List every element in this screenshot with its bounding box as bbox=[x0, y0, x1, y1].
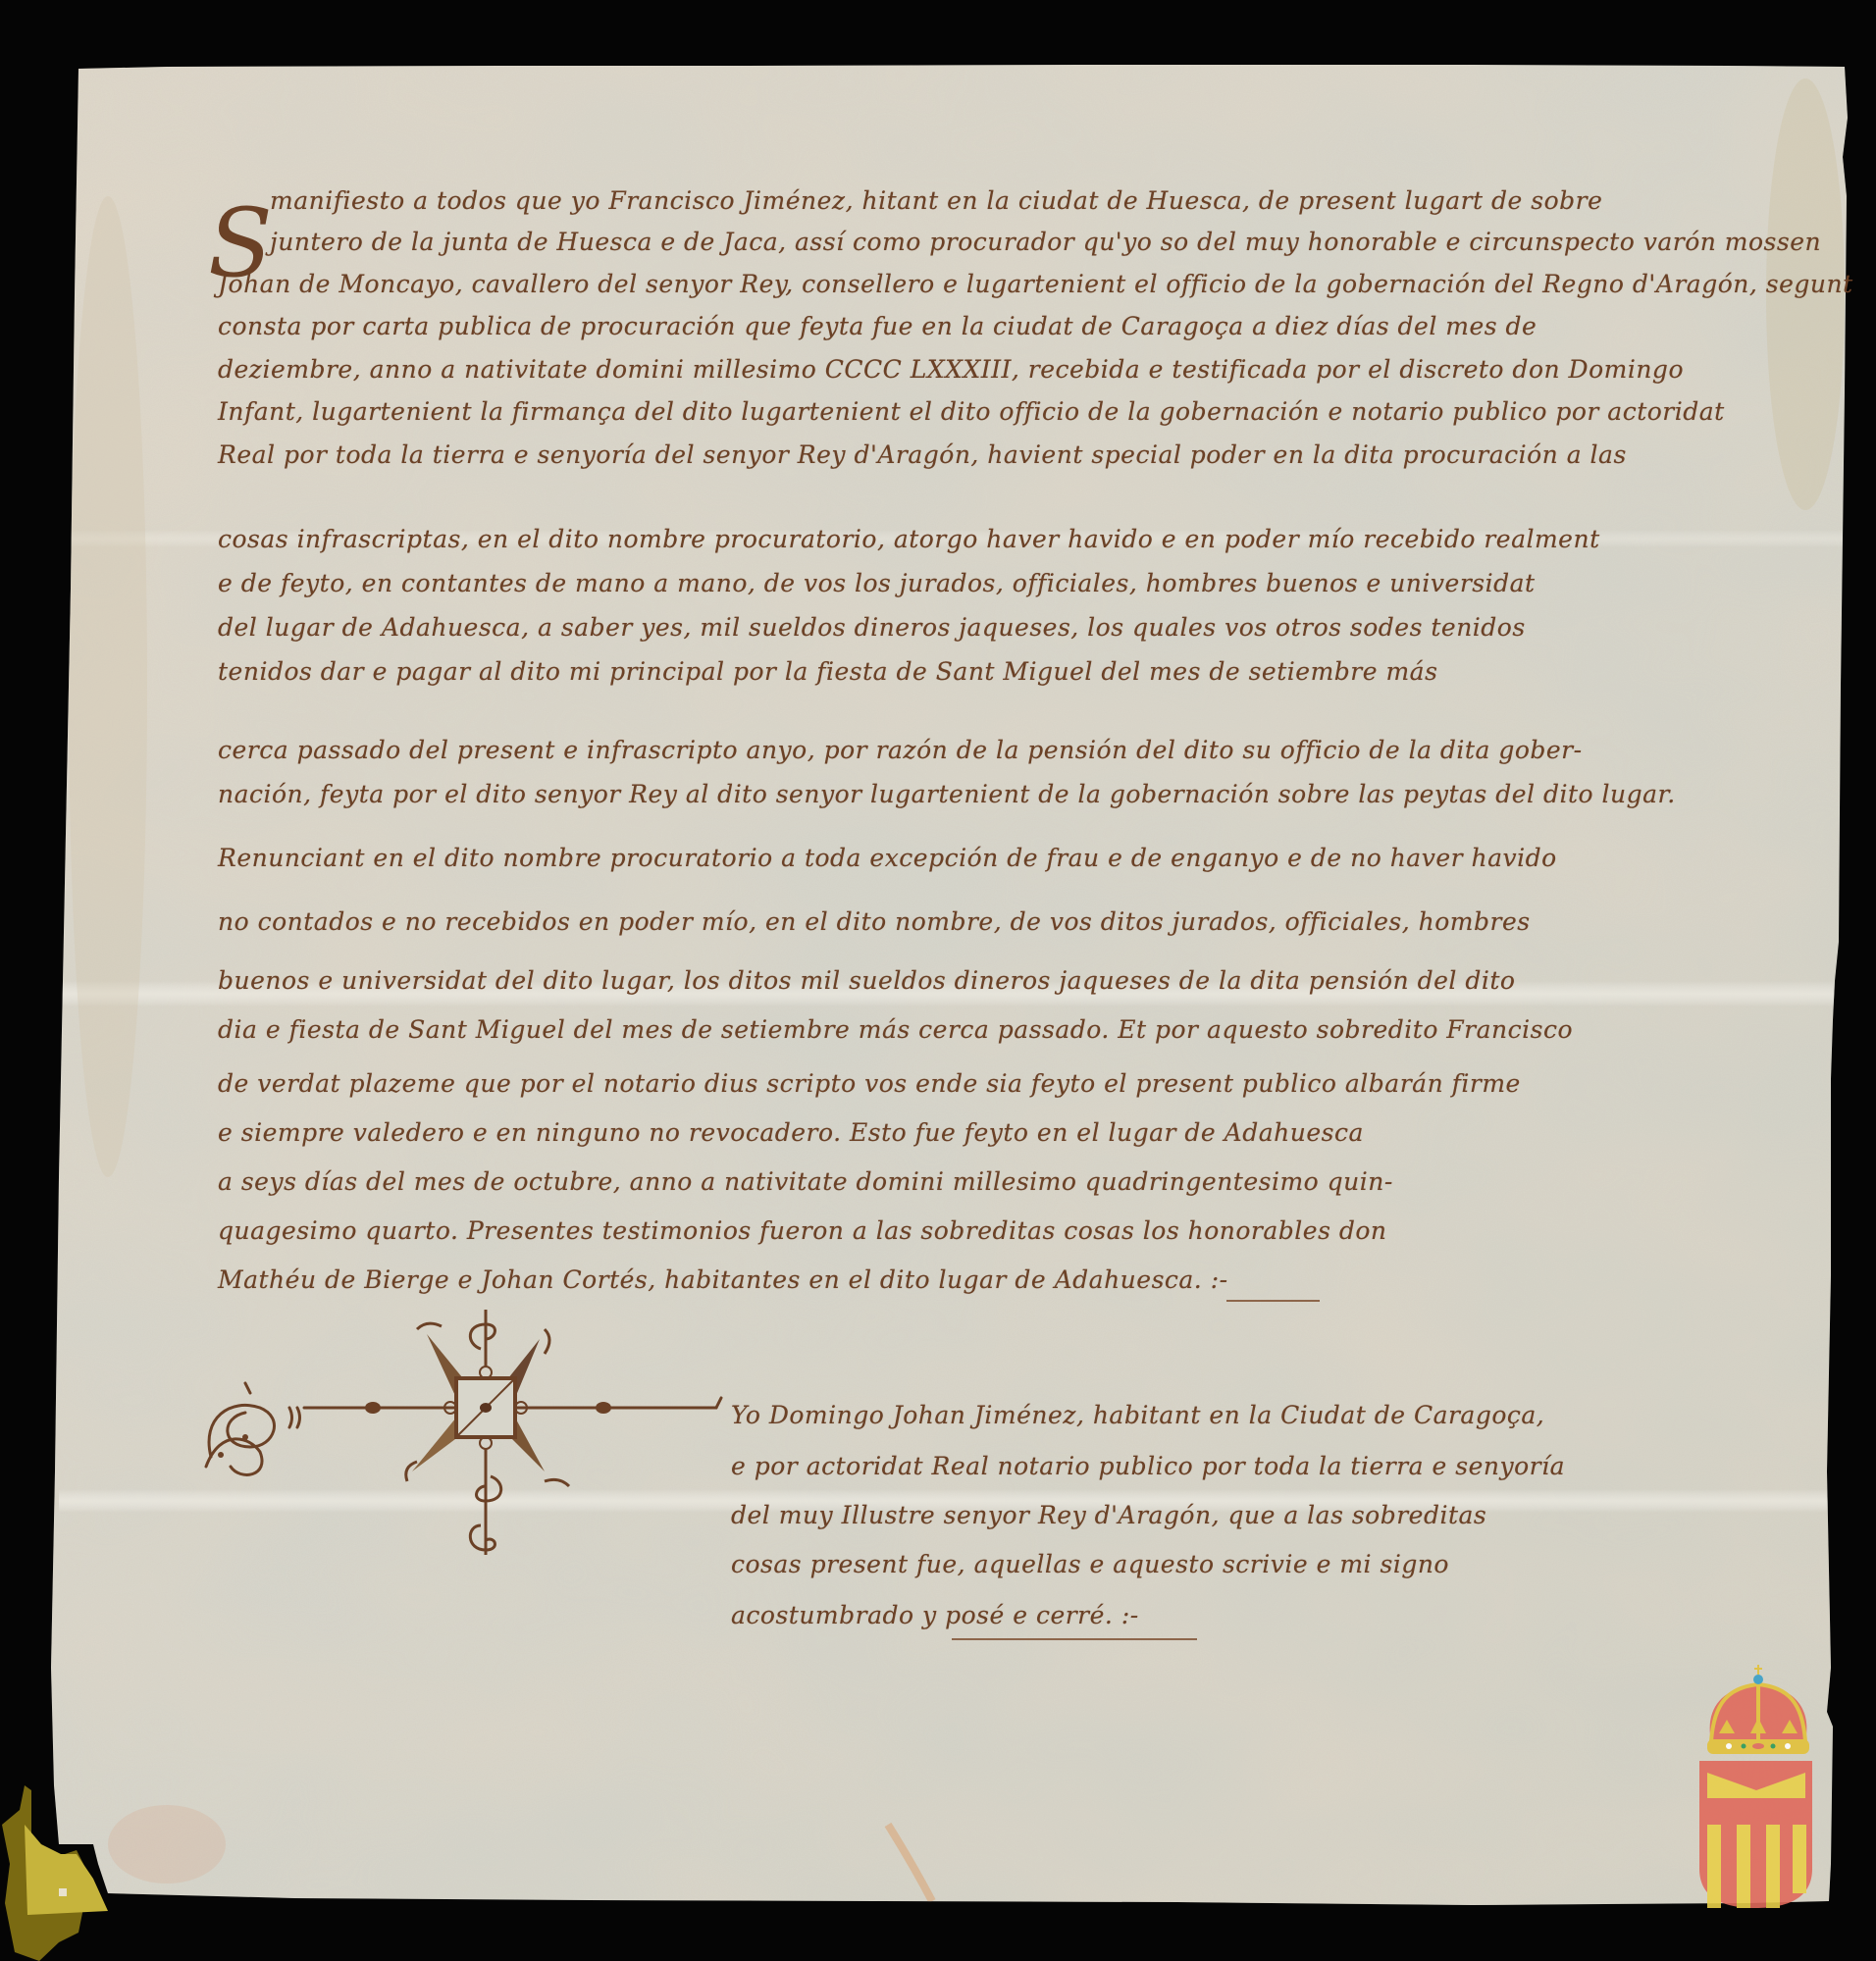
manuscript-text: S manifiesto a todos que yo Francisco Ji… bbox=[0, 0, 1876, 1961]
body-line: Mathéu de Bierge e Johan Cortés, habitan… bbox=[218, 1265, 1228, 1295]
body-line: tenidos dar e pagar al dito mi principal… bbox=[218, 657, 1437, 687]
body-line: juntero de la junta de Huesca e de Jaca,… bbox=[270, 228, 1821, 257]
body-line: nación, feyta por el dito senyor Rey al … bbox=[218, 780, 1676, 809]
body-line: Renunciant en el dito nombre procuratori… bbox=[218, 844, 1557, 873]
body-line: no contados e no recebidos en poder mío,… bbox=[218, 907, 1531, 937]
notarial-signum-icon bbox=[191, 1310, 741, 1633]
body-line: Johan de Moncayo, cavallero del senyor R… bbox=[218, 270, 1853, 299]
body-line: consta por carta publica de procuración … bbox=[218, 312, 1537, 341]
subscription-line: Yo Domingo Johan Jiménez, habitant en la… bbox=[731, 1401, 1544, 1430]
body-line: deziembre, anno a nativitate domini mill… bbox=[218, 355, 1684, 385]
body-line: buenos e universidat del dito lugar, los… bbox=[218, 966, 1515, 996]
body-line: Real por toda la tierra e senyoría del s… bbox=[218, 440, 1627, 470]
body-line: a seys días del mes de octubre, anno a n… bbox=[218, 1167, 1393, 1197]
subscription-line: e por actoridat Real notario publico por… bbox=[731, 1452, 1565, 1481]
subscription-line: del muy Illustre senyor Rey d'Aragón, qu… bbox=[731, 1501, 1486, 1530]
body-line: del lugar de Adahuesca, a saber yes, mil… bbox=[218, 613, 1526, 643]
body-line: dia e fiesta de Sant Miguel del mes de s… bbox=[218, 1015, 1573, 1045]
body-line: e siempre valedero e en ninguno no revoc… bbox=[218, 1118, 1364, 1148]
subscription-flourish bbox=[952, 1638, 1197, 1640]
closing-flourish bbox=[1226, 1300, 1320, 1302]
coat-of-arms-icon bbox=[1690, 1663, 1827, 1908]
body-line: manifiesto a todos que yo Francisco Jimé… bbox=[270, 186, 1771, 216]
body-line: quagesimo quarto. Presentes testimonios … bbox=[218, 1216, 1387, 1246]
aragon-map-icon bbox=[0, 1785, 118, 1961]
body-line: de verdat plazeme que por el notario diu… bbox=[218, 1069, 1521, 1099]
body-line: Infant, lugartenient la firmança del dit… bbox=[218, 397, 1725, 427]
body-line: e de feyto, en contantes de mano a mano,… bbox=[218, 569, 1536, 598]
subscription-line: acostumbrado y posé e cerré. :- bbox=[731, 1601, 1139, 1630]
body-line: cerca passado del present e infrascripto… bbox=[218, 736, 1583, 765]
subscription-line: cosas present fue, aquellas e aquesto sc… bbox=[731, 1550, 1449, 1579]
body-line: cosas infrascriptas, en el dito nombre p… bbox=[218, 525, 1600, 554]
